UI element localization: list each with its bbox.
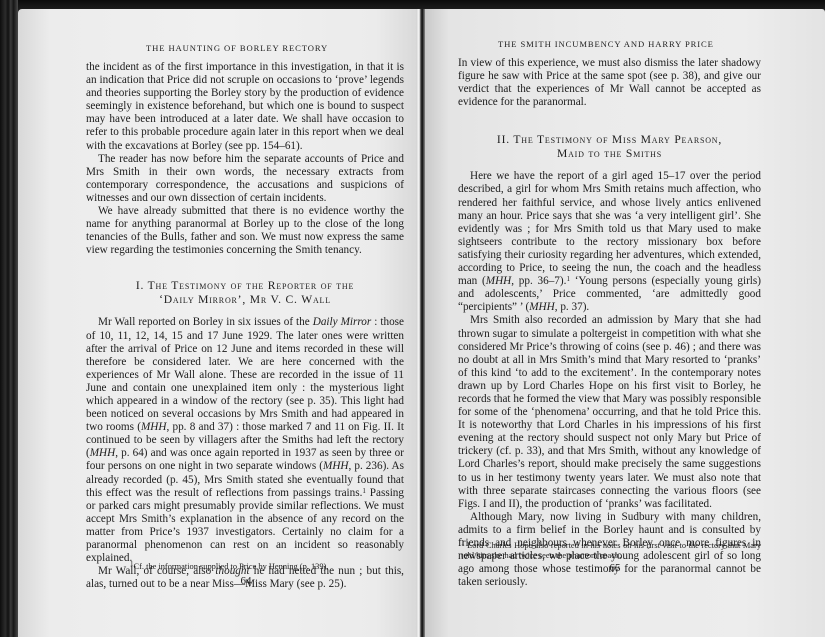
paragraph: Here we have the report of a girl aged 1… [458,170,761,314]
footnote-marker: 1 [461,539,465,547]
paragraph: the incident as of the first importance … [86,61,404,153]
footnote-text: Cf. the information supplied to Price by… [134,562,329,571]
book-gutter [416,9,425,637]
paragraph: Mrs Smith also recorded an admission by … [458,314,761,510]
paragraph: Mr Wall reported on Borley in six issues… [86,316,404,565]
left-page-number: 64 [236,575,256,587]
left-running-head: The Haunting of Borley Rectory [146,43,328,53]
book-edge [0,0,18,637]
right-footnote: 1 Lord Charles Hope also reported in his… [461,541,761,561]
paragraph: We have already submitted that there is … [86,205,404,257]
section-heading-line: I. The Testimony of the Reporter of the [86,279,404,293]
section-heading-2: II. The Testimony of Miss Mary Pearson, … [458,133,761,160]
paragraph: The reader has now before him the separa… [86,153,404,205]
section-heading-line: Maid to the Smiths [458,147,761,161]
section-heading-line: ‘Daily Mirror’, Mr V. C. Wall [86,293,404,307]
right-body-text: In view of this experience, we must also… [458,57,761,589]
left-page: The Haunting of Borley Rectory the incid… [18,9,416,637]
left-body-text: the incident as of the first importance … [86,61,404,591]
right-running-head: The Smith Incumbency and Harry Price [498,39,714,49]
section-heading-line: II. The Testimony of Miss Mary Pearson, [458,133,761,147]
section-heading-1: I. The Testimony of the Reporter of the … [86,279,404,306]
paragraph: In view of this experience, we must also… [458,57,761,109]
left-footnote: 1Cf. the information supplied to Price b… [130,562,390,572]
footnote-text: Lord Charles Hope also reported in his n… [461,541,761,560]
right-page: The Smith Incumbency and Harry Price In … [425,9,825,637]
book-spread: The Haunting of Borley Rectory the incid… [0,0,825,637]
right-page-number: 65 [605,562,625,574]
